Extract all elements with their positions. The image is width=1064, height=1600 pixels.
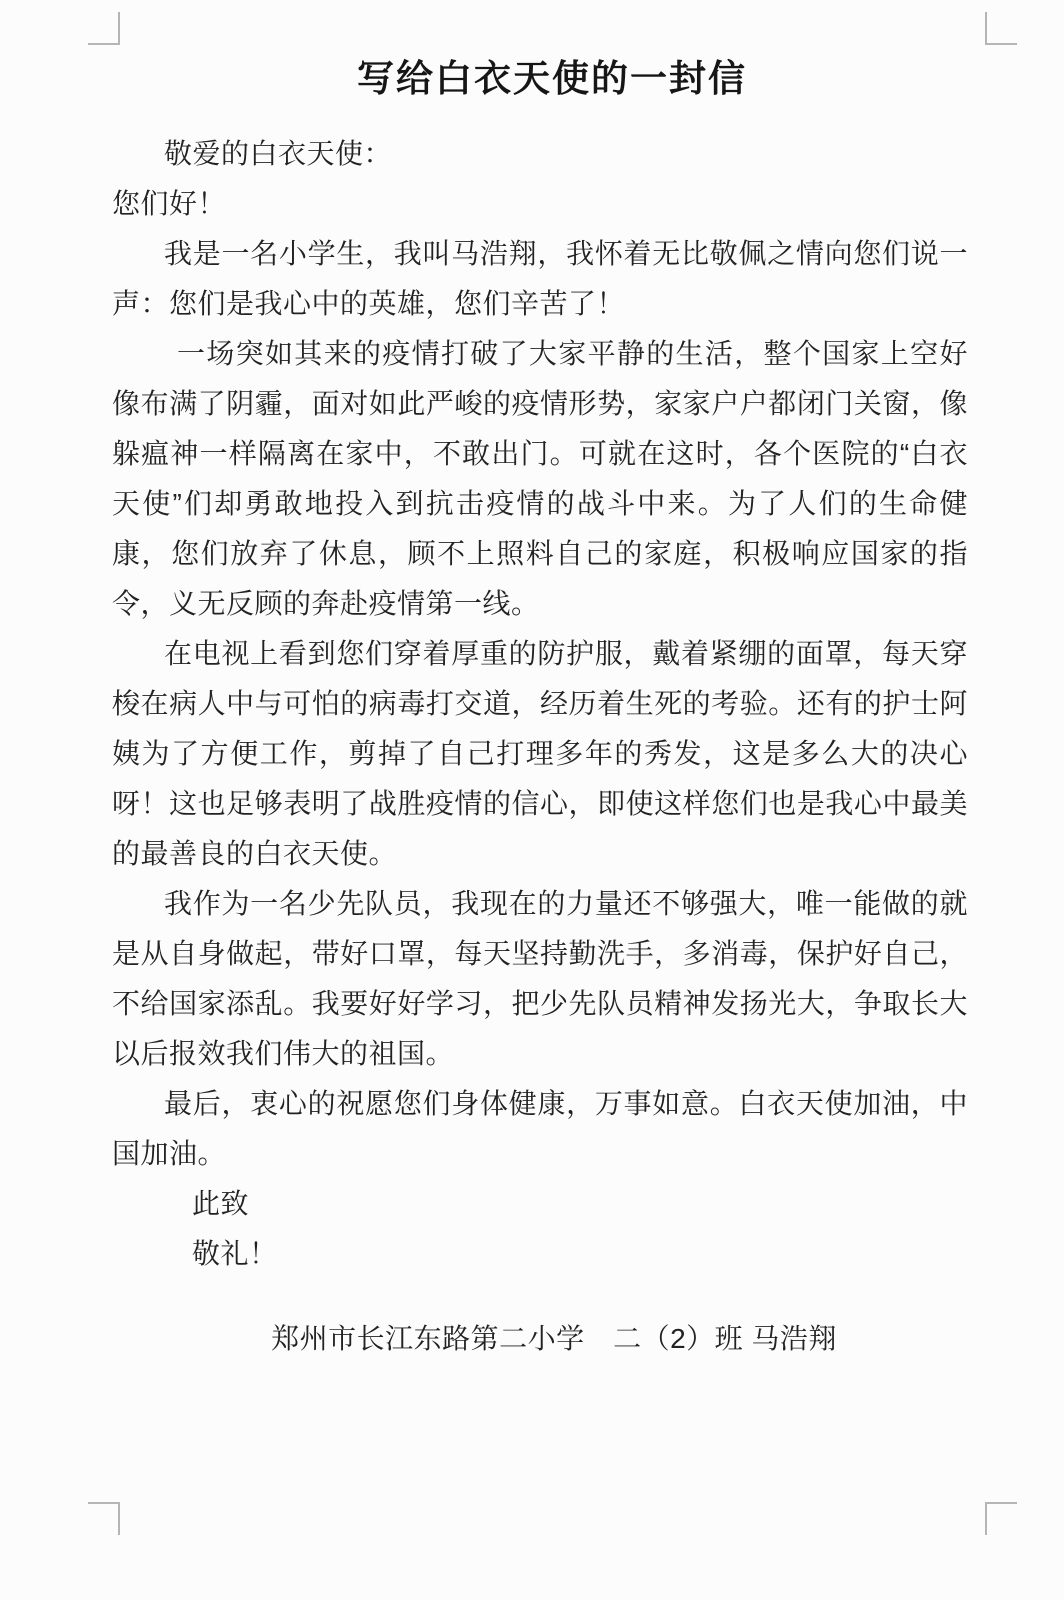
paragraph-1: 我是一名小学生，我叫马浩翔，我怀着无比敬佩之情向您们说一声：您们是我心中的英雄，… [112, 229, 968, 329]
paragraph-4: 我作为一名少先队员，我现在的力量还不够强大，唯一能做的就是从自身做起，带好口罩，… [112, 879, 968, 1079]
salutation: 敬爱的白衣天使： [112, 129, 968, 179]
page-title: 写给白衣天使的一封信 [124, 48, 980, 102]
paragraph-2: 一场突如其来的疫情打破了大家平静的生活，整个国家上空好像布满了阴霾，面对如此严峻… [112, 329, 968, 629]
crop-mark-top-left [88, 12, 120, 45]
signature: 郑州市长江东路第二小学 二（2）班 马浩翔 [126, 1314, 982, 1364]
closing-respectfully: 此致 [112, 1179, 968, 1229]
paragraph-3: 在电视上看到您们穿着厚重的防护服，戴着紧绷的面罩，每天穿梭在病人中与可怕的病毒打… [112, 629, 968, 879]
greeting: 您们好！ [112, 179, 968, 229]
crop-mark-bottom-left [88, 1502, 120, 1535]
letter-body: 敬爱的白衣天使： 您们好！ 我是一名小学生，我叫马浩翔，我怀着无比敬佩之情向您们… [112, 129, 968, 1364]
closing-salute: 敬礼！ [112, 1229, 968, 1279]
paragraph-5: 最后，衷心的祝愿您们身体健康，万事如意。白衣天使加油，中国加油。 [112, 1079, 968, 1179]
crop-mark-bottom-right [985, 1502, 1017, 1535]
crop-mark-top-right [985, 12, 1017, 45]
letter-page: 写给白衣天使的一封信 敬爱的白衣天使： 您们好！ 我是一名小学生，我叫马浩翔，我… [0, 0, 1064, 1600]
